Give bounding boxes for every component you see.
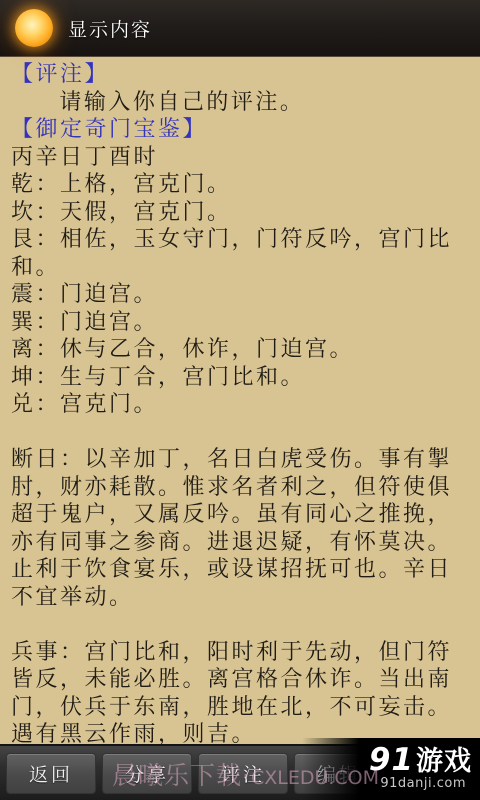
sun-icon — [15, 9, 53, 47]
content-paragraph: 兑：宫克门。 — [11, 391, 469, 419]
content-paragraph: 断日：以辛加丁，名日白虎受伤。事有掣肘，财亦耗散。惟求名者利之，但符使俱超于鬼户… — [11, 446, 469, 611]
comment-button[interactable]: 评注 — [198, 753, 288, 794]
content-paragraph: 坎：天假，宫克门。 — [11, 199, 469, 227]
content-paragraph: 请输入你自己的评注。 — [11, 89, 469, 117]
content-paragraph: 艮：相佐，玉女守门，门符反吟，宫门比和。 — [11, 226, 469, 281]
content-paragraph: 巽：门迫宫。 — [11, 309, 469, 337]
back-button[interactable]: 返回 — [6, 753, 96, 794]
logo-watermark: 91游戏 91danji.com — [302, 738, 480, 800]
paragraph-gap — [11, 419, 469, 447]
content-paragraph: 坤：生与丁合，宫门比和。 — [11, 364, 469, 392]
section-heading: 【评注】 — [11, 61, 469, 89]
content-paragraph: 乾：上格，宫克门。 — [11, 171, 469, 199]
logo-word: 游戏 — [416, 746, 472, 777]
content-paragraph: 丙辛日丁酉时 — [11, 144, 469, 172]
share-button[interactable]: 分享 — [102, 753, 192, 794]
logo-domain: 91danji.com — [380, 776, 472, 792]
logo-91-games: 91游戏 — [369, 746, 472, 776]
paragraph-gap — [11, 611, 469, 639]
content-paragraph: 震：门迫宫。 — [11, 281, 469, 309]
content-area[interactable]: 【评注】请输入你自己的评注。【御定奇门宝鉴】丙辛日丁酉时乾：上格，宫克门。坎：天… — [0, 58, 480, 744]
logo-number: 91 — [369, 742, 414, 778]
title-bar: 显示内容 — [0, 0, 480, 57]
content-paragraph: 兵事：宫门比和，阳时利于先动，但门符皆反，未能必胜。离宫格合休诈。当出南门，伏兵… — [11, 639, 469, 745]
content-paragraph: 离：休与乙合，休诈，门迫宫。 — [11, 336, 469, 364]
section-heading: 【御定奇门宝鉴】 — [11, 116, 469, 144]
page-title: 显示内容 — [68, 15, 152, 42]
